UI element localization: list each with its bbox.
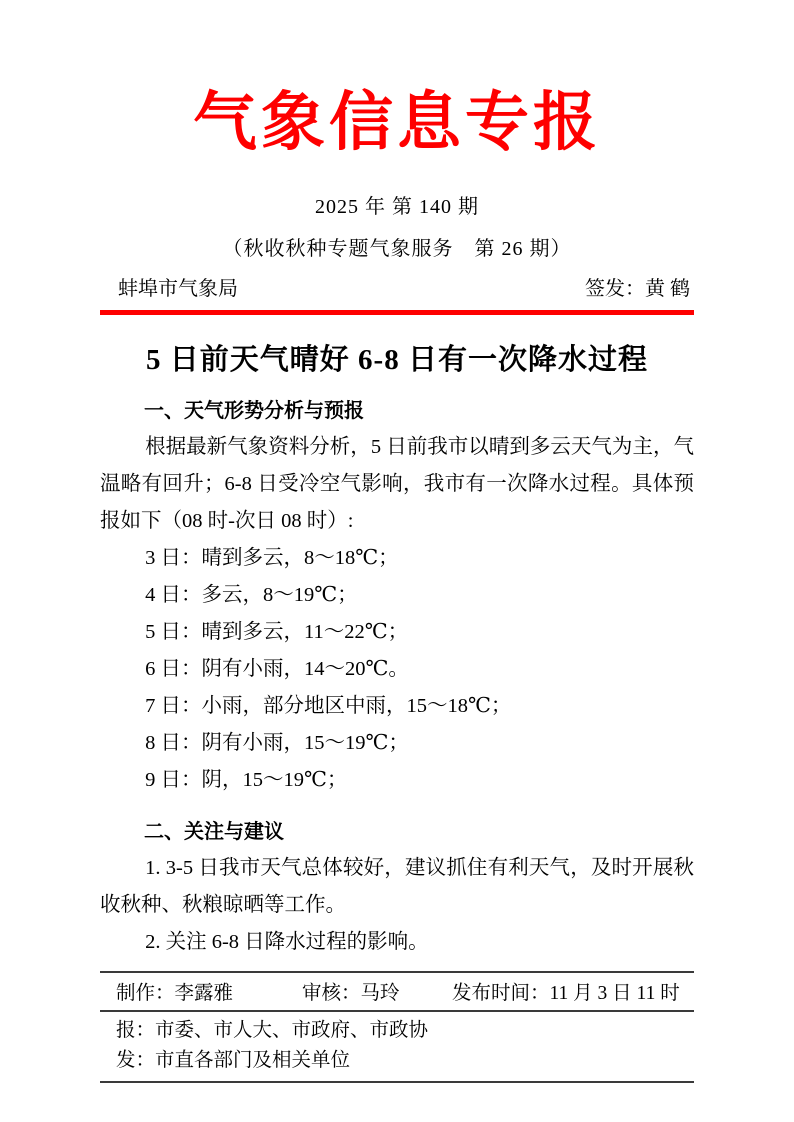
maker-label: 制作： <box>116 983 175 1004</box>
signoff-name: 黄 鹤 <box>645 278 690 300</box>
advice-item-1: 1. 3-5 日我市天气总体较好，建议抓住有利天气，及时开展秋收秋种、秋粮晾晒等… <box>100 850 694 924</box>
section-weather-analysis: 一、天气形势分析与预报 根据最新气象资料分析，5 日前我市以晴到多云天气为主，气… <box>100 393 694 799</box>
reviewer-label: 审核： <box>302 983 361 1004</box>
report-to-line: 报：市委、市人大、市政府、市政协 <box>100 1012 694 1046</box>
headline: 5 日前天气晴好 6-8 日有一次降水过程 <box>100 337 694 378</box>
signoff-label: 签发： <box>585 278 645 300</box>
forecast-line-day7: 7 日：小雨，部分地区中雨，15～18℃； <box>100 688 694 725</box>
red-divider-rule <box>100 310 694 315</box>
publish-cell: 发布时间：11 月 3 日 11 时 <box>452 977 694 1005</box>
masthead: 气象信息专报 2025 年 第 140 期 （秋收秋种专题气象服务 第 26 期… <box>100 86 694 315</box>
maker-name: 李露雅 <box>175 983 234 1004</box>
bulletin-title: 气象信息专报 <box>100 86 694 160</box>
forecast-line-day3: 3 日：晴到多云，8～18℃； <box>100 540 694 577</box>
advice-item-2: 2. 关注 6-8 日降水过程的影响。 <box>100 924 694 961</box>
distribute-to-line: 发：市直各部门及相关单位 <box>100 1046 694 1081</box>
footer-table: 制作：李露雅 审核：马玲 发布时间：11 月 3 日 11 时 报：市委、市人大… <box>100 971 694 1083</box>
footer-credits-row: 制作：李露雅 审核：马玲 发布时间：11 月 3 日 11 时 <box>100 973 694 1012</box>
section-2-heading: 二、关注与建议 <box>100 814 694 850</box>
forecast-line-day5: 5 日：晴到多云，11～22℃； <box>100 614 694 651</box>
reviewer-name: 马玲 <box>361 983 400 1004</box>
issue-number-line: 2025 年 第 140 期 <box>100 190 694 219</box>
forecast-line-day6: 6 日：阴有小雨，14～20℃。 <box>100 651 694 688</box>
bulletin-page: 气象信息专报 2025 年 第 140 期 （秋收秋种专题气象服务 第 26 期… <box>0 0 794 1122</box>
publish-time-value: 11 月 3 日 11 时 <box>550 983 680 1004</box>
forecast-line-day8: 8 日：阴有小雨，15～19℃； <box>100 725 694 762</box>
reviewer-cell: 审核：马玲 <box>302 977 452 1005</box>
agency-signoff-row: 蚌埠市气象局 签发：黄 鹤 <box>100 272 694 301</box>
forecast-line-day4: 4 日：多云，8～19℃； <box>100 577 694 614</box>
service-subtitle-line: （秋收秋种专题气象服务 第 26 期） <box>100 232 694 261</box>
section-1-heading: 一、天气形势分析与预报 <box>100 393 694 429</box>
agency-name: 蚌埠市气象局 <box>118 272 238 301</box>
maker-cell: 制作：李露雅 <box>116 977 302 1005</box>
signoff: 签发：黄 鹤 <box>585 272 690 301</box>
analysis-paragraph: 根据最新气象资料分析，5 日前我市以晴到多云天气为主，气温略有回升；6-8 日受… <box>100 429 694 540</box>
forecast-list: 3 日：晴到多云，8～18℃； 4 日：多云，8～19℃； 5 日：晴到多云，1… <box>100 540 694 799</box>
publish-time-label: 发布时间： <box>452 983 550 1004</box>
forecast-line-day9: 9 日：阴，15～19℃； <box>100 762 694 799</box>
section-advice: 二、关注与建议 1. 3-5 日我市天气总体较好，建议抓住有利天气，及时开展秋收… <box>100 814 694 961</box>
